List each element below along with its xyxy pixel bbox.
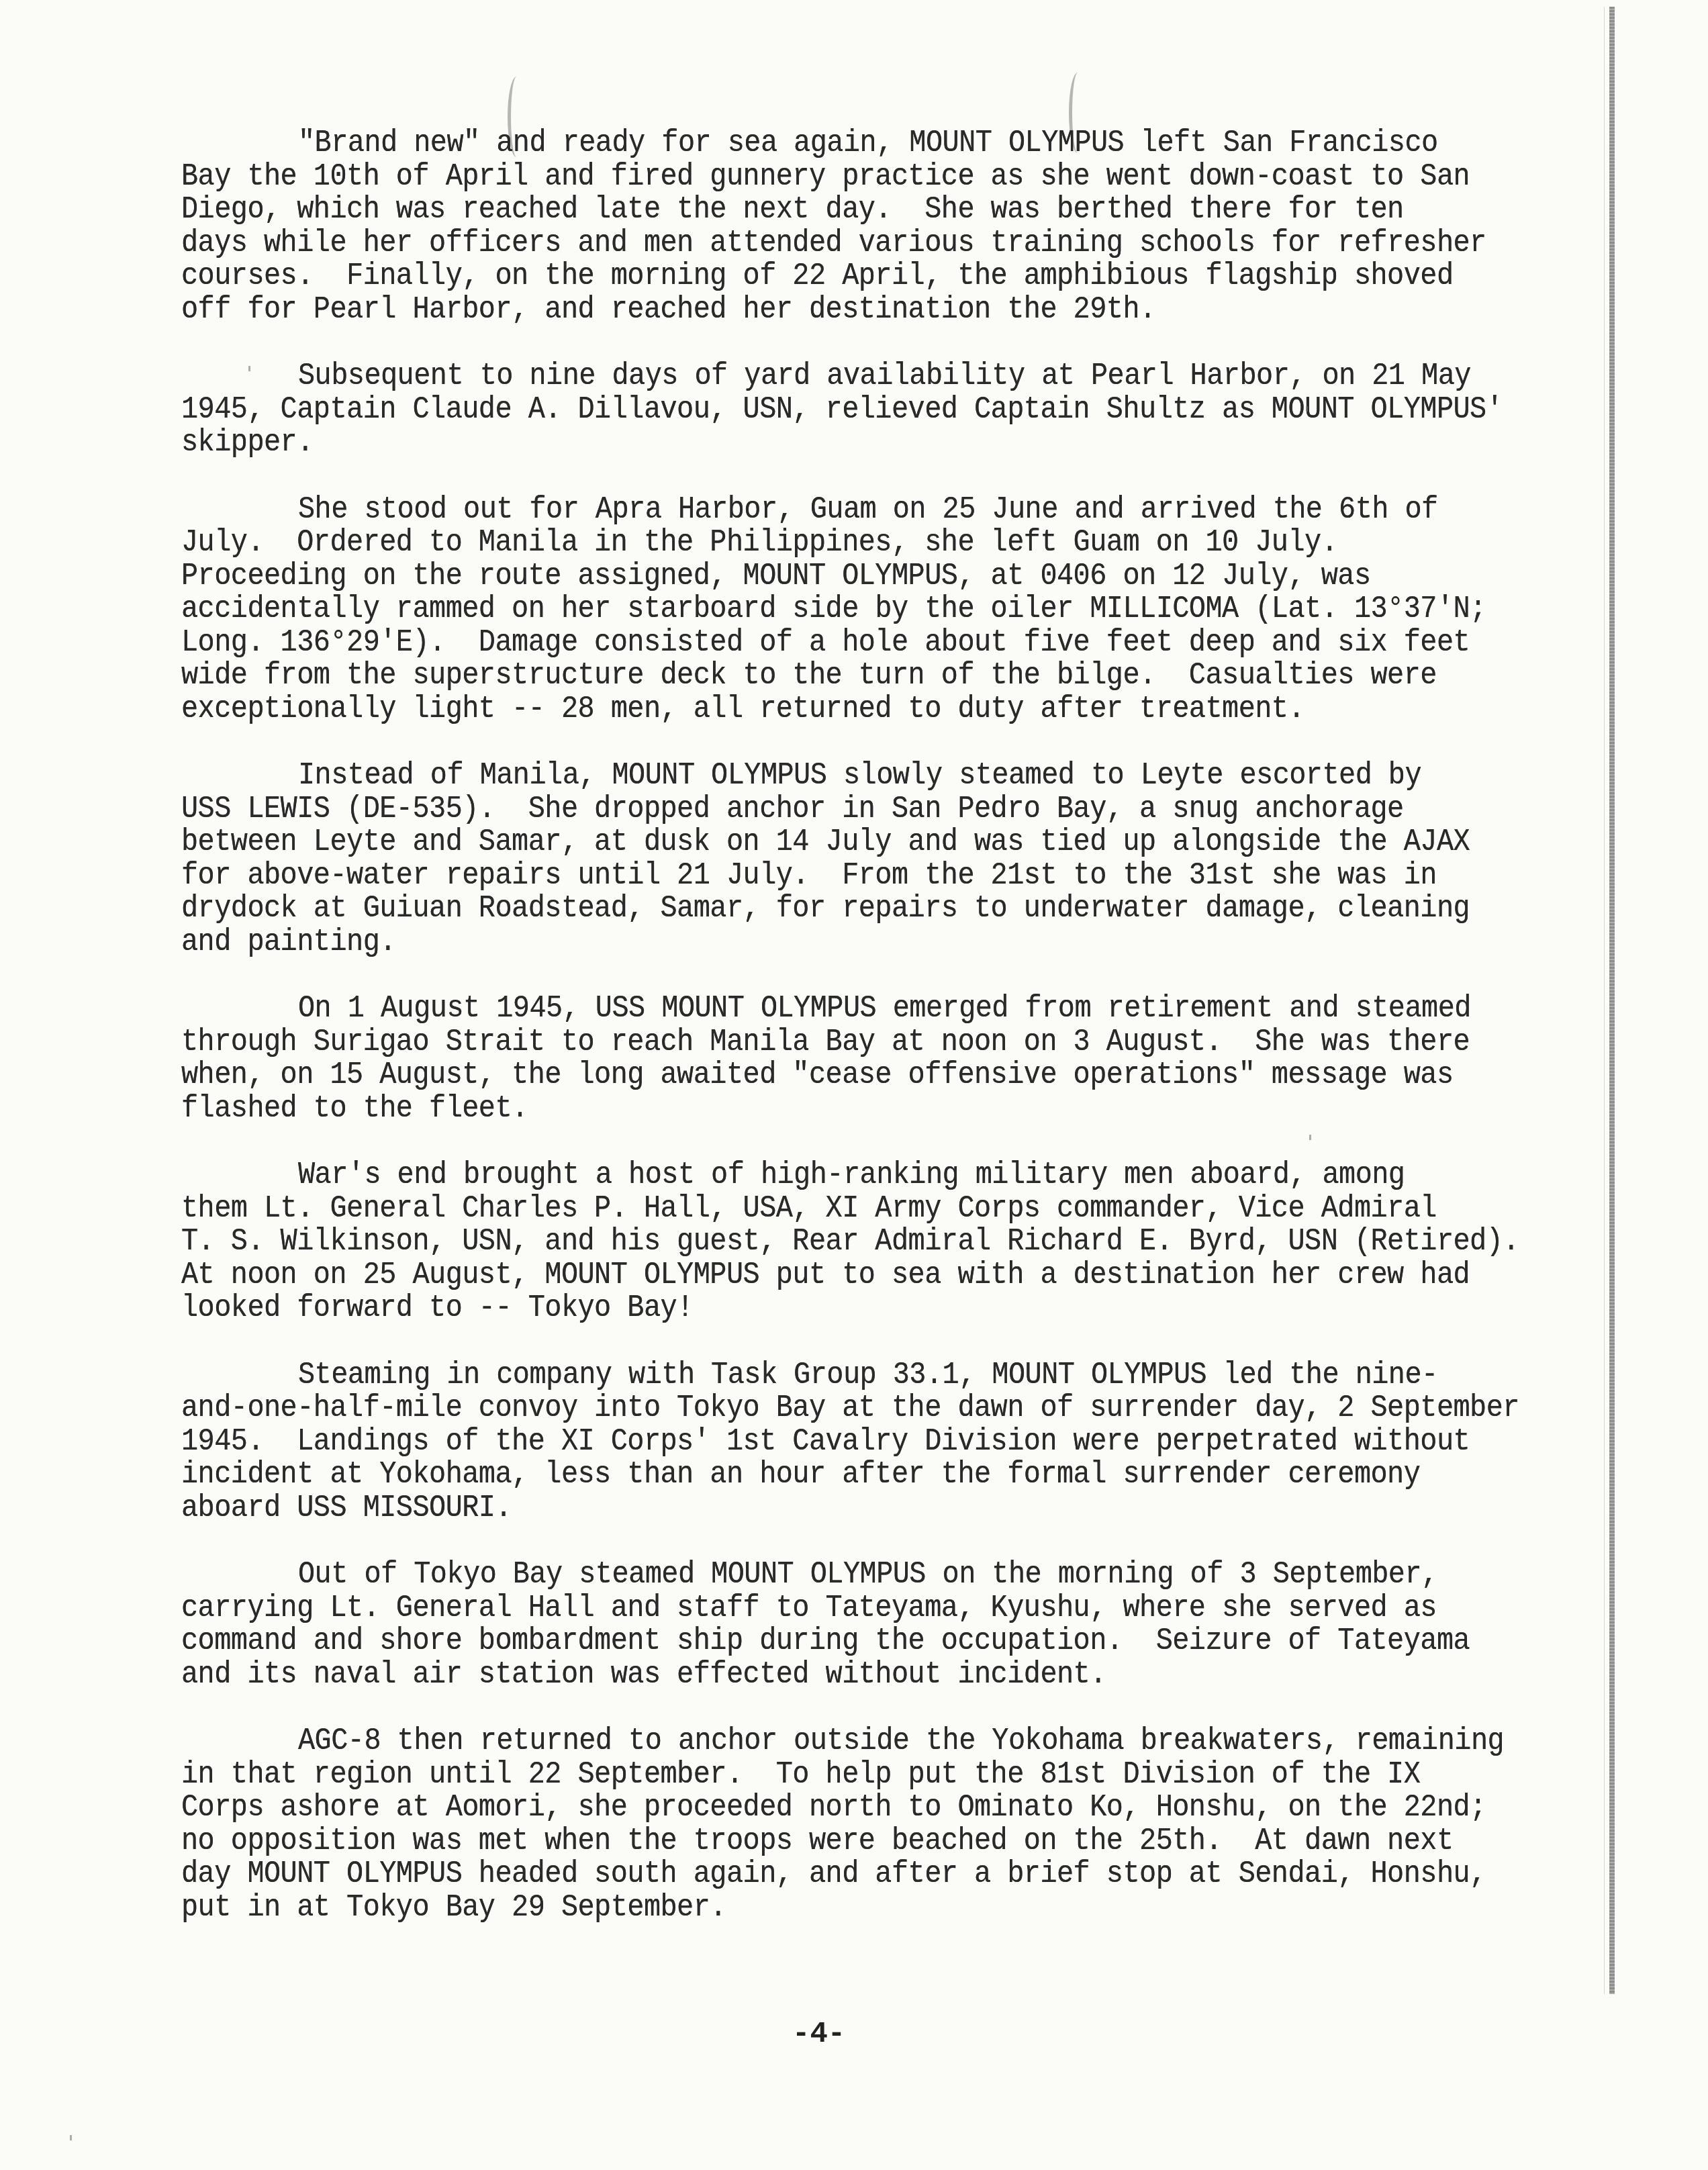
text-line: accidentally rammed on her starboard sid… xyxy=(181,591,1551,628)
paragraph: Subsequent to nine days of yard availabi… xyxy=(181,358,1551,458)
text-line: AGC-8 then returned to anchor outside th… xyxy=(181,1723,1551,1760)
scan-speck xyxy=(70,2135,72,2140)
text-line: through Surigao Strait to reach Manila B… xyxy=(181,1024,1551,1061)
text-line: and-one-half-mile convoy into Tokyo Bay … xyxy=(181,1390,1551,1427)
page-number: -4- xyxy=(792,2018,845,2051)
text-line: T. S. Wilkinson, USN, and his guest, Rea… xyxy=(181,1223,1551,1260)
text-line: put in at Tokyo Bay 29 September. xyxy=(181,1889,1551,1926)
text-line: Long. 136°29'E). Damage consisted of a h… xyxy=(181,624,1551,661)
paragraph: She stood out for Apra Harbor, Guam on 2… xyxy=(181,491,1551,724)
page-edge-line xyxy=(1604,7,1605,1994)
paragraph: Out of Tokyo Bay steamed MOUNT OLYMPUS o… xyxy=(181,1556,1551,1689)
text-line: War's end brought a host of high-ranking… xyxy=(181,1157,1551,1194)
text-line: between Leyte and Samar, at dusk on 14 J… xyxy=(181,824,1551,861)
text-line: She stood out for Apra Harbor, Guam on 2… xyxy=(181,491,1551,528)
text-line: Bay the 10th of April and fired gunnery … xyxy=(181,158,1551,195)
text-line: USS LEWIS (DE-535). She dropped anchor i… xyxy=(181,791,1551,828)
text-line: day MOUNT OLYMPUS headed south again, an… xyxy=(181,1856,1551,1893)
text-line: and painting. xyxy=(181,924,1551,961)
text-line: carrying Lt. General Hall and staff to T… xyxy=(181,1590,1551,1627)
text-line: looked forward to -- Tokyo Bay! xyxy=(181,1290,1551,1327)
text-line: Steaming in company with Task Group 33.1… xyxy=(181,1357,1551,1394)
text-line: 1945. Landings of the XI Corps' 1st Cava… xyxy=(181,1423,1551,1460)
scan-speck xyxy=(1309,1135,1311,1140)
text-line: Proceeding on the route assigned, MOUNT … xyxy=(181,558,1551,595)
text-line: no opposition was met when the troops we… xyxy=(181,1823,1551,1860)
text-line: courses. Finally, on the morning of 22 A… xyxy=(181,258,1551,295)
text-line: Out of Tokyo Bay steamed MOUNT OLYMPUS o… xyxy=(181,1556,1551,1593)
text-line: At noon on 25 August, MOUNT OLYMPUS put … xyxy=(181,1257,1551,1294)
text-line: Diego, which was reached late the next d… xyxy=(181,191,1551,228)
paragraph: "Brand new" and ready for sea again, MOU… xyxy=(181,125,1551,324)
paragraph: War's end brought a host of high-ranking… xyxy=(181,1157,1551,1323)
text-line: flashed to the fleet. xyxy=(181,1090,1551,1127)
text-line: when, on 15 August, the long awaited "ce… xyxy=(181,1057,1551,1094)
text-line: off for Pearl Harbor, and reached her de… xyxy=(181,291,1551,328)
text-line: Instead of Manila, MOUNT OLYMPUS slowly … xyxy=(181,757,1551,794)
text-line: them Lt. General Charles P. Hall, USA, X… xyxy=(181,1190,1551,1227)
text-line: Subsequent to nine days of yard availabi… xyxy=(181,358,1551,395)
paragraph: On 1 August 1945, USS MOUNT OLYMPUS emer… xyxy=(181,990,1551,1123)
paragraph: AGC-8 then returned to anchor outside th… xyxy=(181,1723,1551,1922)
text-line: July. Ordered to Manila in the Philippin… xyxy=(181,524,1551,561)
text-line: wide from the superstructure deck to the… xyxy=(181,657,1551,694)
text-line: Corps ashore at Aomori, she proceeded no… xyxy=(181,1789,1551,1826)
text-line: exceptionally light -- 28 men, all retur… xyxy=(181,691,1551,728)
page-edge-shadow xyxy=(1609,7,1615,1994)
text-line: in that region until 22 September. To he… xyxy=(181,1756,1551,1793)
text-line: skipper. xyxy=(181,424,1551,461)
text-line: incident at Yokohama, less than an hour … xyxy=(181,1456,1551,1493)
text-line: 1945, Captain Claude A. Dillavou, USN, r… xyxy=(181,391,1551,428)
text-line: and its naval air station was effected w… xyxy=(181,1656,1551,1693)
text-line: drydock at Guiuan Roadstead, Samar, for … xyxy=(181,890,1551,927)
text-line: On 1 August 1945, USS MOUNT OLYMPUS emer… xyxy=(181,990,1551,1027)
text-line: for above-water repairs until 21 July. F… xyxy=(181,857,1551,894)
scan-speck xyxy=(248,366,250,371)
document-body: "Brand new" and ready for sea again, MOU… xyxy=(181,125,1551,1956)
paragraph: Instead of Manila, MOUNT OLYMPUS slowly … xyxy=(181,757,1551,957)
paragraph: Steaming in company with Task Group 33.1… xyxy=(181,1357,1551,1523)
scan-speck xyxy=(1306,406,1308,412)
text-line: days while her officers and men attended… xyxy=(181,225,1551,262)
text-line: aboard USS MISSOURI. xyxy=(181,1490,1551,1527)
text-line: command and shore bombardment ship durin… xyxy=(181,1623,1551,1660)
document-page: "Brand new" and ready for sea again, MOU… xyxy=(0,0,1708,2170)
text-line: "Brand new" and ready for sea again, MOU… xyxy=(181,125,1551,162)
